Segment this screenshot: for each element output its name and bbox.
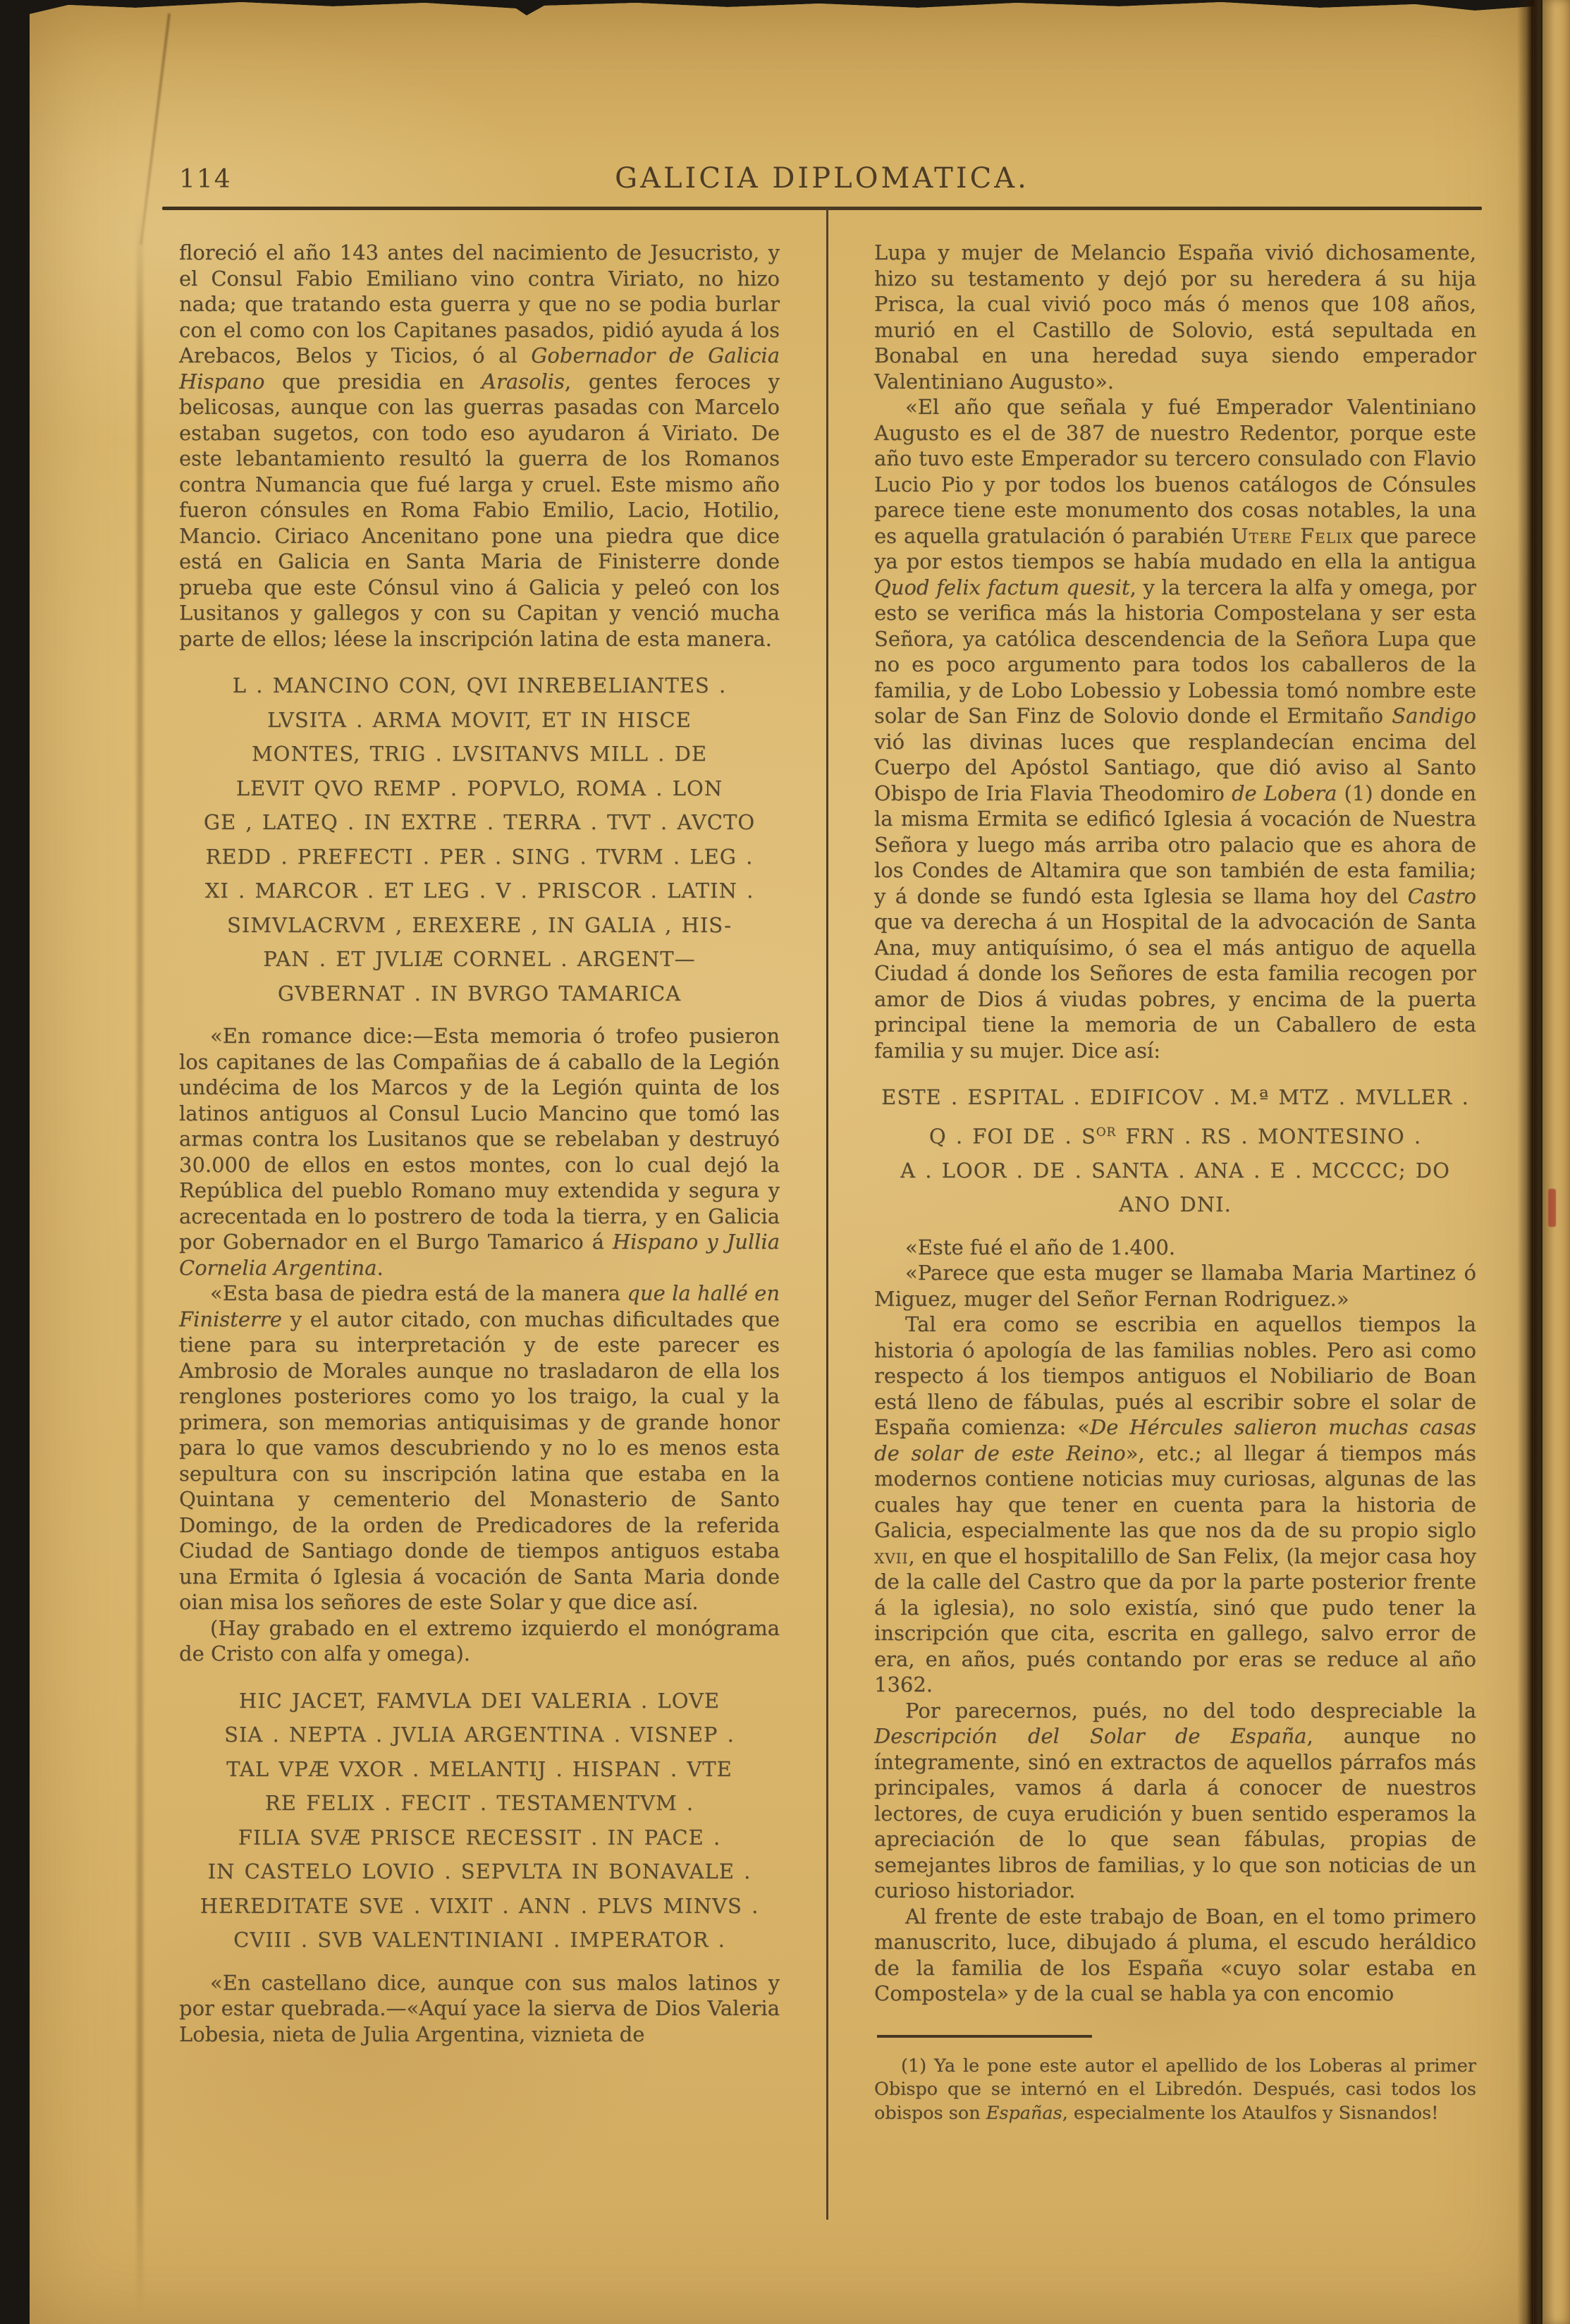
left-column: floreció el año 143 antes del nacimiento… xyxy=(179,240,780,2047)
text-run: FRN . RS . MONTESINO . xyxy=(1116,1124,1421,1148)
inscription-line: HIC JACET, FAMVLA DEI VALERIA . LOVE xyxy=(179,1684,780,1718)
text-run: XI . MARCOR . ET LEG . V . PRISCOR . LAT… xyxy=(205,879,754,903)
text-run: PAN . ET JVLIÆ CORNEL . ARGENT— xyxy=(263,947,695,971)
inscription-line: L . MANCINO CON, QVI INREBELIANTES . xyxy=(179,668,780,703)
inscription-line: HEREDITATE SVE . VIXIT . ANN . PLVS MINV… xyxy=(179,1889,780,1924)
latin-inscription: L . MANCINO CON, QVI INREBELIANTES .LVSI… xyxy=(179,668,780,1010)
text-run-italic: Descripción del Solar de España xyxy=(874,1724,1306,1748)
text-run: (Hay grabado en el extremo izquierdo el … xyxy=(179,1616,780,1666)
text-run: SIA . NEPTA . JVLIA ARGENTINA . VISNEP . xyxy=(224,1723,735,1747)
inscription-line: LVSITA . ARMA MOVIT, ET IN HISCE xyxy=(179,703,780,738)
inscription-line: GVBERNAT . IN BVRGO TAMARICA xyxy=(179,977,780,1011)
header-rule xyxy=(162,207,1482,210)
text-run-italic: Castro xyxy=(1408,884,1476,908)
body-paragraph: «Este fué el año de 1.400. xyxy=(874,1235,1476,1261)
inscription-line: Q . FOI DE . SOR FRN . RS . MONTESINO . xyxy=(874,1115,1476,1154)
body-paragraph: «El año que señala y fué Emperador Valen… xyxy=(874,394,1476,1063)
text-run: LVSITA . ARMA MOVIT, ET IN HISCE xyxy=(267,708,692,732)
body-paragraph: Tal era como se escribia en aquellos tie… xyxy=(874,1311,1476,1698)
body-paragraph: floreció el año 143 antes del nacimiento… xyxy=(179,240,780,652)
text-run: «Esta basa de piedra está de la manera xyxy=(210,1281,627,1305)
inscription-line: RE FELIX . FECIT . TESTAMENTVM . xyxy=(179,1786,780,1821)
text-run: FILIA SVÆ PRISCE RECESSIT . IN PACE . xyxy=(238,1825,720,1849)
right-column: Lupa y mujer de Melancio España vivió di… xyxy=(874,240,1476,2125)
text-run: , aunque no íntegramente, sinó en extrac… xyxy=(874,1724,1476,1902)
footnote-rule xyxy=(877,2035,1092,2038)
text-run-italic: Sandigo xyxy=(1392,704,1476,728)
text-run: «En castellano dice, aunque con sus malo… xyxy=(179,1971,780,2046)
text-run: GE , LATEQ . IN EXTRE . TERRA . TVT . AV… xyxy=(204,810,755,834)
paper-sheet: 114 GALICIA DIPLOMATICA. floreció el año… xyxy=(30,0,1534,2324)
text-run: «En romance dice:—Esta memoria ó trofeo … xyxy=(179,1024,780,1254)
body-paragraph: Al frente de este trabajo de Boan, en el… xyxy=(874,1904,1476,2007)
text-run: GVBERNAT . IN BVRGO TAMARICA xyxy=(278,981,681,1005)
inscription-line: REDD . PREFECTI . PER . SING . TVRM . LE… xyxy=(179,840,780,874)
text-run: ESTE . ESPITAL . EDIFICOV . M.ª MTZ . MV… xyxy=(881,1085,1469,1109)
text-run: A . LOOR . DE . SANTA . ANA . E . MCCCC;… xyxy=(900,1158,1450,1217)
text-run: REDD . PREFECTI . PER . SING . TVRM . LE… xyxy=(206,845,754,869)
text-run: Q . FOI DE . S xyxy=(929,1124,1096,1148)
gutter-crease-shadow xyxy=(137,212,143,2313)
inscription-line: TAL VPÆ VXOR . MELANTIJ . HISPAN . VTE xyxy=(179,1752,780,1787)
text-run: LEVIT QVO REMP . POPVLO, ROMA . LON xyxy=(236,776,723,800)
text-run: IN CASTELO LOVIO . SEPVLTA IN BONAVALE . xyxy=(208,1859,752,1883)
inscription-line: XI . MARCOR . ET LEG . V . PRISCOR . LAT… xyxy=(179,874,780,908)
text-run-sup: OR xyxy=(1096,1125,1116,1139)
inscription-line: MONTES, TRIG . LVSITANVS MILL . DE xyxy=(179,737,780,771)
text-run: «Este fué el año de 1.400. xyxy=(905,1235,1175,1259)
text-run: que presidia en xyxy=(264,369,482,393)
text-run-italic: Españas xyxy=(986,2103,1062,2124)
text-run: . xyxy=(377,1256,384,1280)
inscription-line: IN CASTELO LOVIO . SEPVLTA IN BONAVALE . xyxy=(179,1854,780,1889)
text-run: , en que el hospitalillo de San Felix, (… xyxy=(874,1544,1476,1697)
body-paragraph: «Esta basa de piedra está de la manera q… xyxy=(179,1280,780,1615)
text-run-smallcaps: xvii xyxy=(874,1544,908,1568)
body-paragraph: Lupa y mujer de Melancio España vivió di… xyxy=(874,240,1476,394)
footnote-paragraph: (1) Ya le pone este autor el apellido de… xyxy=(874,2055,1476,2126)
text-run-italic: Quod felix factum quesit xyxy=(874,575,1130,599)
body-paragraph: «En castellano dice, aunque con sus malo… xyxy=(179,1970,780,2048)
text-run: L . MANCINO CON, QVI INREBELIANTES . xyxy=(233,673,726,697)
text-run: MONTES, TRIG . LVSITANVS MILL . DE xyxy=(252,742,707,766)
text-run: HEREDITATE SVE . VIXIT . ANN . PLVS MINV… xyxy=(200,1894,759,1918)
text-run: , gentes feroces y belicosas, aunque con… xyxy=(179,369,780,651)
latin-inscription: HIC JACET, FAMVLA DEI VALERIA . LOVESIA … xyxy=(179,1684,780,1957)
column-divider xyxy=(826,209,828,2220)
text-run: Por parecernos, pués, no del todo despre… xyxy=(905,1699,1476,1723)
text-run: TAL VPÆ VXOR . MELANTIJ . HISPAN . VTE xyxy=(226,1757,732,1781)
text-run: que va derecha á un Hospital de la advoc… xyxy=(874,910,1476,1063)
body-paragraph: (Hay grabado en el extremo izquierdo el … xyxy=(179,1615,780,1667)
text-run: Al frente de este trabajo de Boan, en el… xyxy=(874,1904,1476,2006)
inscription-line: CVIII . SVB VALENTINIANI . IMPERATOR . xyxy=(179,1923,780,1957)
running-title: GALICIA DIPLOMATICA. xyxy=(160,162,1484,195)
text-run-smallcaps: Utere Felix xyxy=(1231,524,1353,548)
text-run: «Parece que esta muger se llamaba Maria … xyxy=(874,1261,1476,1311)
text-run: HIC JACET, FAMVLA DEI VALERIA . LOVE xyxy=(239,1689,720,1713)
body-paragraph: Por parecernos, pués, no del todo despre… xyxy=(874,1698,1476,1904)
body-paragraph: «Parece que esta muger se llamaba Maria … xyxy=(874,1260,1476,1311)
inscription-line: SIMVLACRVM , EREXERE , IN GALIA , HIS- xyxy=(179,908,780,943)
inscription-line: SIA . NEPTA . JVLIA ARGENTINA . VISNEP . xyxy=(179,1718,780,1752)
text-run: RE FELIX . FECIT . TESTAMENTVM . xyxy=(265,1791,694,1815)
body-paragraph: «En romance dice:—Esta memoria ó trofeo … xyxy=(179,1023,780,1280)
inscription-line: LEVIT QVO REMP . POPVLO, ROMA . LON xyxy=(179,771,780,806)
page-crease xyxy=(1517,0,1545,2324)
inscription-line: A . LOOR . DE . SANTA . ANA . E . MCCCC;… xyxy=(874,1154,1476,1222)
text-run: SIMVLACRVM , EREXERE , IN GALIA , HIS- xyxy=(227,913,732,937)
inscription-line: ESTE . ESPITAL . EDIFICOV . M.ª MTZ . MV… xyxy=(874,1080,1476,1115)
red-edge-mark xyxy=(1548,1189,1556,1227)
text-run: , especialmente los Ataulfos y Sisnandos… xyxy=(1062,2103,1439,2124)
inscription-line: FILIA SVÆ PRISCE RECESSIT . IN PACE . xyxy=(179,1821,780,1855)
text-run-italic: de Lobera xyxy=(1232,781,1337,805)
text-run: Lupa y mujer de Melancio España vivió di… xyxy=(874,240,1476,393)
latin-inscription: ESTE . ESPITAL . EDIFICOV . M.ª MTZ . MV… xyxy=(874,1080,1476,1222)
inscription-line: PAN . ET JVLIÆ CORNEL . ARGENT— xyxy=(179,942,780,977)
text-run: CVIII . SVB VALENTINIANI . IMPERATOR . xyxy=(233,1928,725,1952)
inscription-line: GE , LATEQ . IN EXTRE . TERRA . TVT . AV… xyxy=(179,805,780,840)
adjacent-page-edge xyxy=(1543,0,1570,2324)
text-run-italic: Arasolis xyxy=(482,369,565,393)
text-run: y el autor citado, con muchas dificultad… xyxy=(179,1307,780,1615)
